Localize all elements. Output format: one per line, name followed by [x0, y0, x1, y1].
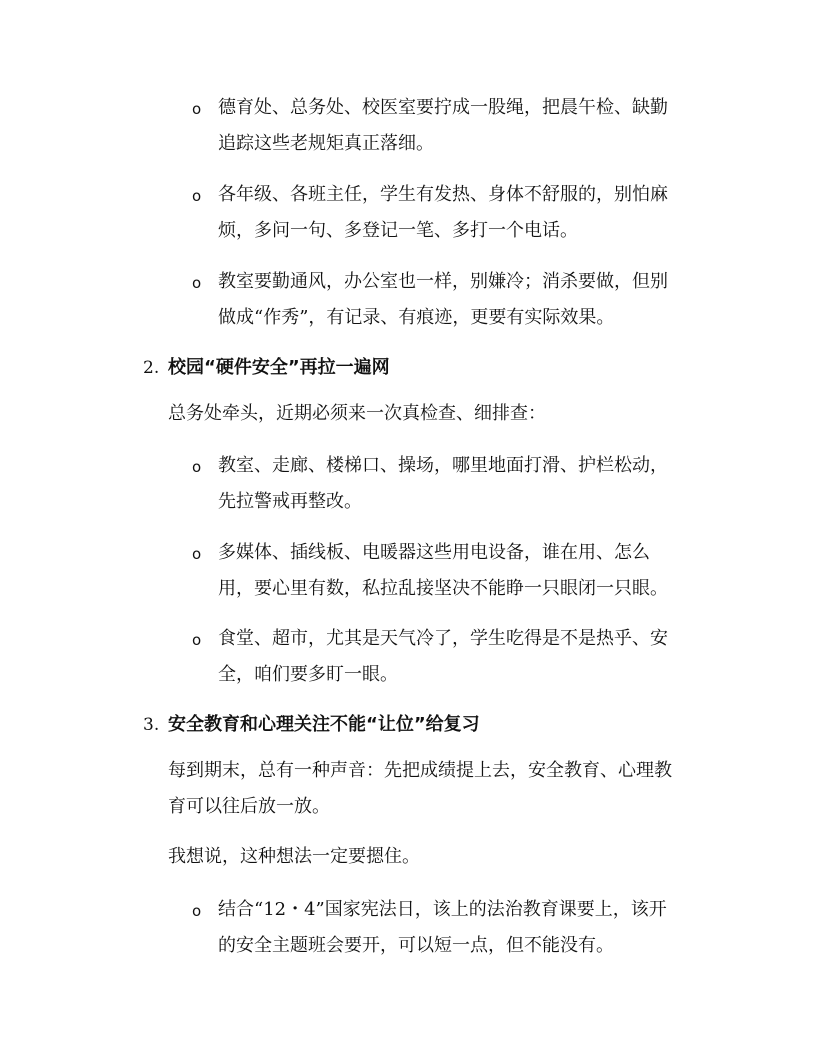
bullet-text-line: 各年级、各班主任，学生有发热、身体不舒服的，别怕麻 [218, 183, 668, 207]
bullet-marker: o [192, 271, 201, 295]
bullet-text-line: 全，咱们要多盯一眼。 [218, 663, 398, 687]
section-number: 3. [143, 713, 159, 737]
section-title: 校园“硬件安全”再拉一遍网 [168, 356, 390, 380]
bullet-text-line: 做成“作秀”，有记录、有痕迹，更要有实际效果。 [218, 306, 614, 330]
paragraph: 我想说，这种想法一定要摁住。 [168, 845, 420, 869]
bullet-text-line: 用，要心里有数，私拉乱接坚决不能睁一只眼闭一只眼。 [218, 577, 668, 601]
bullet-text-line: 教室要勤通风，办公室也一样，别嫌冷；消杀要做，但别 [218, 270, 668, 294]
bullet-marker: o [192, 542, 201, 566]
bullet-text-line: 德育处、总务处、校医室要拧成一股绳，把晨午检、缺勤 [218, 96, 668, 120]
paragraph-line: 每到期末，总有一种声音：先把成绩提上去，安全教育、心理教 [168, 759, 672, 783]
bullet-marker: o [192, 899, 201, 923]
bullet-marker: o [192, 628, 201, 652]
bullet-text-line: 食堂、超市，尤其是天气冷了，学生吃得是不是热乎、安 [218, 627, 668, 651]
bullet-text-line: 烦，多问一句、多登记一笔、多打一个电话。 [218, 219, 578, 243]
bullet-text-line: 先拉警戒再整改。 [218, 490, 362, 514]
bullet-text-line: 教室、走廊、楼梯口、操场，哪里地面打滑、护栏松动， [218, 454, 668, 478]
bullet-text-line: 结合“12・4”国家宪法日，该上的法治教育课要上，该开 [218, 898, 667, 922]
bullet-marker: o [192, 184, 201, 208]
bullet-text-line: 追踪这些老规矩真正落细。 [218, 132, 434, 156]
bullet-text-line: 的安全主题班会要开，可以短一点，但不能没有。 [218, 934, 614, 958]
paragraph-line: 育可以往后放一放。 [168, 795, 330, 819]
bullet-marker: o [192, 455, 201, 479]
bullet-text-line: 多媒体、插线板、电暖器这些用电设备，谁在用、怎么 [218, 541, 650, 565]
section-number: 2. [143, 356, 159, 380]
section-title: 安全教育和心理关注不能“让位”给复习 [168, 713, 480, 737]
paragraph: 总务处牵头，近期必须来一次真检查、细排查： [168, 402, 546, 426]
bullet-marker: o [192, 97, 201, 121]
